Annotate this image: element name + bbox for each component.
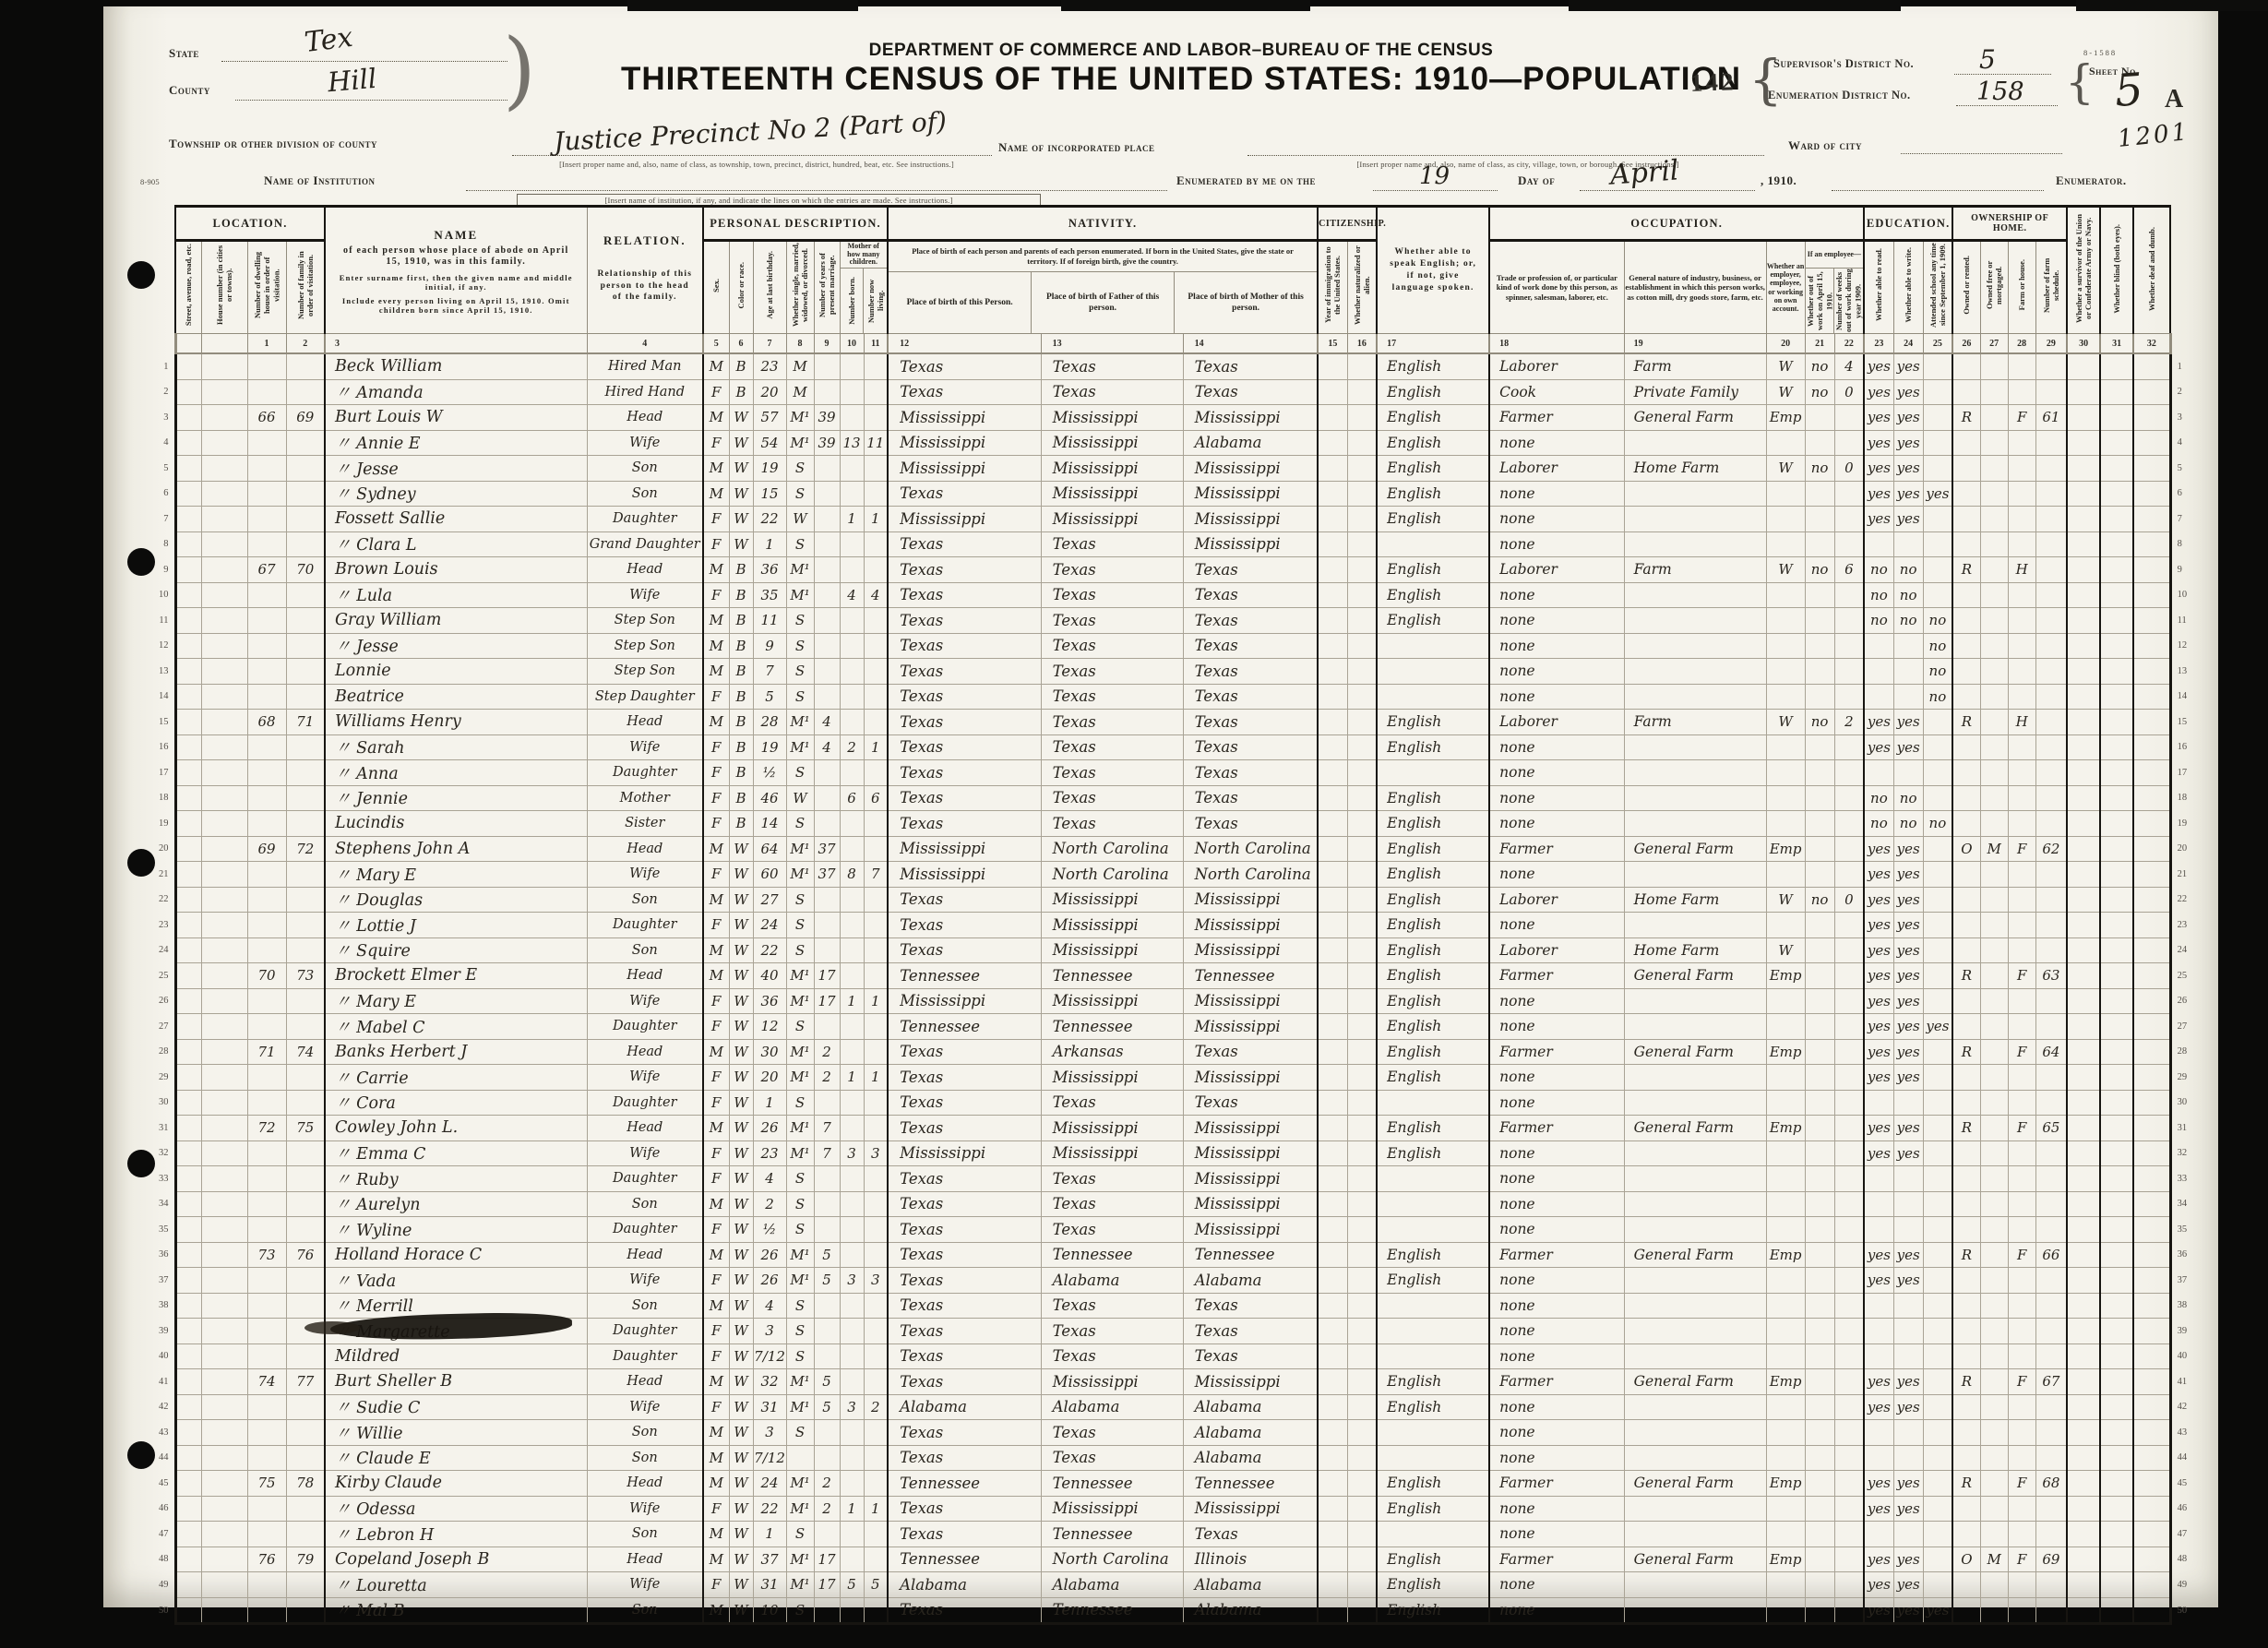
cell-can-write	[1893, 633, 1923, 659]
table-row: 13 Lonnie Step Son M B 7 S Texas Texas T…	[138, 659, 2210, 685]
row-number-left: 1	[138, 353, 175, 379]
row-number-left: 10	[138, 582, 175, 608]
cell-color-race: W	[729, 1090, 753, 1116]
cell-sex: M	[703, 353, 729, 379]
enumerator-signature-blank	[1832, 190, 2044, 191]
cell-name: 〃 Squire	[325, 937, 587, 963]
cell-street	[175, 1572, 201, 1598]
cell-out-of-work	[1805, 760, 1834, 786]
cell-farm-or-house	[2008, 379, 2035, 405]
cell-age: 10	[753, 1597, 786, 1624]
cell-family-number	[286, 1572, 325, 1598]
cell-relation: Son	[587, 1445, 703, 1471]
cell-immigration-year	[1318, 1319, 1347, 1344]
table-row: 2 〃 Amanda Hired Hand F B 20 M Texas Tex…	[138, 379, 2210, 405]
cell-industry	[1624, 582, 1766, 608]
cell-can-write: yes	[1893, 1014, 1923, 1040]
cell-years-married: 7	[814, 1116, 840, 1141]
cell-children-born	[840, 1597, 864, 1624]
cell-children-living	[864, 913, 888, 938]
nativity-desc: Place of birth of each person and parent…	[889, 242, 1317, 272]
cell-mother-birthplace: Texas	[1183, 608, 1318, 634]
cell-immigration-year	[1318, 1116, 1347, 1141]
cell-relation: Son	[587, 1420, 703, 1446]
cell-years-married: 39	[814, 405, 840, 431]
cell-attended-school	[1923, 1572, 1952, 1598]
column-number: 20	[1766, 334, 1805, 354]
row-number-right: 6	[2170, 481, 2210, 507]
cell-father-birthplace: Texas	[1041, 1420, 1183, 1446]
col-header-naturalized: Whether naturalized or alien.	[1347, 241, 1377, 334]
cell-color-race: W	[729, 1522, 753, 1547]
cell-immigration-year	[1318, 1471, 1347, 1497]
cell-house-number	[201, 734, 247, 760]
cell-children-living	[864, 710, 888, 735]
cell-children-born	[840, 887, 864, 913]
col-header-house-number: House number (in cities or towns).	[201, 241, 247, 334]
cell-weeks-out-of-work: 2	[1834, 710, 1864, 735]
cell-father-birthplace: Texas	[1041, 633, 1183, 659]
col-header-farm-schedule: Number of farm schedule.	[2035, 241, 2067, 334]
cell-can-read: yes	[1864, 1014, 1893, 1040]
cell-industry: General Farm	[1624, 1471, 1766, 1497]
cell-children-living	[864, 1166, 888, 1192]
cell-deaf-dumb	[2133, 430, 2170, 456]
cell-farm-schedule-number	[2035, 456, 2067, 482]
cell-years-married: 4	[814, 710, 840, 735]
cell-language: English	[1377, 1268, 1489, 1294]
row-number-left: 3	[138, 405, 175, 431]
cell-father-birthplace: Texas	[1041, 608, 1183, 634]
cell-mother-birthplace: Texas	[1183, 379, 1318, 405]
cell-dwelling-number	[247, 1293, 286, 1319]
cell-deaf-dumb	[2133, 456, 2170, 482]
cell-color-race: W	[729, 1546, 753, 1572]
cell-civil-war-survivor	[2067, 507, 2100, 532]
table-row: 40 Mildred Daughter F W 7/12 S Texas Tex…	[138, 1343, 2210, 1369]
cell-out-of-work	[1805, 913, 1834, 938]
cell-can-write: yes	[1893, 1394, 1923, 1420]
cell-language: English	[1377, 507, 1489, 532]
cell-farm-schedule-number	[2035, 811, 2067, 837]
row-number-right: 21	[2170, 862, 2210, 888]
cell-can-read: yes	[1864, 430, 1893, 456]
cell-color-race: B	[729, 684, 753, 710]
cell-dwelling-number	[247, 456, 286, 482]
cell-name: Fossett Sallie	[325, 507, 587, 532]
cell-children-born	[840, 1242, 864, 1268]
cell-occupation: none	[1489, 1191, 1624, 1217]
cell-children-born	[840, 836, 864, 862]
cell-children-living	[864, 659, 888, 685]
cell-dwelling-number: 66	[247, 405, 286, 431]
cell-years-married	[814, 760, 840, 786]
cell-name: Brown Louis	[325, 557, 587, 583]
cell-out-of-work	[1805, 1343, 1834, 1369]
row-number-left: 15	[138, 710, 175, 735]
cell-marital-status: S	[786, 1217, 814, 1243]
row-number-right: 42	[2170, 1394, 2210, 1420]
cell-attended-school	[1923, 963, 1952, 989]
cell-deaf-dumb	[2133, 913, 2170, 938]
cell-civil-war-survivor	[2067, 608, 2100, 634]
cell-sex: F	[703, 1140, 729, 1166]
cell-out-of-work	[1805, 811, 1834, 837]
cell-out-of-work	[1805, 1546, 1834, 1572]
table-header: LOCATION. NAME of each person whose plac…	[138, 207, 2210, 334]
cell-employment-status	[1766, 1268, 1805, 1294]
cell-employment-status	[1766, 633, 1805, 659]
cell-immigration-year	[1318, 1420, 1347, 1446]
cell-sex: M	[703, 481, 729, 507]
table-row: 14 Beatrice Step Daughter F B 5 S Texas …	[138, 684, 2210, 710]
cell-dwelling-number	[247, 937, 286, 963]
cell-attended-school: no	[1923, 633, 1952, 659]
cell-home-owned-rented	[1952, 1420, 1980, 1446]
cell-farm-schedule-number	[2035, 913, 2067, 938]
cell-immigration-year	[1318, 1445, 1347, 1471]
cell-home-owned-rented	[1952, 531, 1980, 557]
cell-employment-status	[1766, 862, 1805, 888]
cell-occupation: Farmer	[1489, 1039, 1624, 1065]
cell-name: 〃 Jesse	[325, 633, 587, 659]
cell-name: 〃 Annie E	[325, 430, 587, 456]
cell-home-owned-rented: O	[1952, 1546, 1980, 1572]
cell-language: English	[1377, 963, 1489, 989]
cell-industry	[1624, 1445, 1766, 1471]
cell-name: 〃 Mary E	[325, 862, 587, 888]
cell-immigration-year	[1318, 1065, 1347, 1091]
cell-naturalized	[1347, 1445, 1377, 1471]
group-occupation: OCCUPATION.	[1489, 207, 1864, 241]
cell-farm-schedule-number	[2035, 1522, 2067, 1547]
cell-employment-status: Emp	[1766, 963, 1805, 989]
cell-color-race: B	[729, 353, 753, 379]
cell-house-number	[201, 1572, 247, 1598]
cell-children-living: 1	[864, 734, 888, 760]
cell-blind	[2100, 1420, 2133, 1446]
cell-occupation: none	[1489, 1065, 1624, 1091]
county-blank	[235, 100, 507, 101]
cell-weeks-out-of-work: 6	[1834, 557, 1864, 583]
cell-street	[175, 684, 201, 710]
cell-street	[175, 1471, 201, 1497]
cell-civil-war-survivor	[2067, 582, 2100, 608]
cell-mother-birthplace: Alabama	[1183, 1394, 1318, 1420]
table-row: 26 〃 Mary E Wife F W 36 M¹ 17 1 1 Missis…	[138, 988, 2210, 1014]
cell-deaf-dumb	[2133, 1319, 2170, 1344]
cell-occupation: Laborer	[1489, 887, 1624, 913]
cell-marital-status: S	[786, 1420, 814, 1446]
cell-birthplace: Texas	[888, 1343, 1041, 1369]
cell-birthplace: Mississippi	[888, 836, 1041, 862]
cell-industry: Home Farm	[1624, 937, 1766, 963]
cell-age: 7/12	[753, 1343, 786, 1369]
cell-house-number	[201, 1268, 247, 1294]
cell-relation: Son	[587, 937, 703, 963]
cell-dwelling-number	[247, 734, 286, 760]
cell-out-of-work: no	[1805, 557, 1834, 583]
cell-relation: Head	[587, 1546, 703, 1572]
cell-mother-birthplace: Mississippi	[1183, 913, 1318, 938]
cell-mother-birthplace: Mississippi	[1183, 531, 1318, 557]
cell-name: 〃 Carrie	[325, 1065, 587, 1091]
scan-artifact	[1061, 0, 1310, 11]
cell-home-owned-rented	[1952, 785, 1980, 811]
table-row: 27 〃 Mabel C Daughter F W 12 S Tennessee…	[138, 1014, 2210, 1040]
cell-sex: M	[703, 887, 729, 913]
row-number-left: 12	[138, 633, 175, 659]
cell-farm-schedule-number	[2035, 862, 2067, 888]
cell-home-owned-rented: O	[1952, 836, 1980, 862]
cell-children-living: 4	[864, 582, 888, 608]
cell-occupation: none	[1489, 507, 1624, 532]
cell-relation: Daughter	[587, 1090, 703, 1116]
cell-age: 1	[753, 531, 786, 557]
cell-house-number	[201, 1369, 247, 1395]
cell-civil-war-survivor	[2067, 557, 2100, 583]
cell-employment-status: W	[1766, 353, 1805, 379]
cell-relation: Daughter	[587, 913, 703, 938]
cell-father-birthplace: Texas	[1041, 557, 1183, 583]
cell-weeks-out-of-work	[1834, 1496, 1864, 1522]
cell-birthplace: Mississippi	[888, 507, 1041, 532]
cell-out-of-work	[1805, 1116, 1834, 1141]
row-number-right: 35	[2170, 1217, 2210, 1243]
cell-blind	[2100, 379, 2133, 405]
cell-age: 31	[753, 1572, 786, 1598]
cell-age: 24	[753, 1471, 786, 1497]
cell-deaf-dumb	[2133, 937, 2170, 963]
cell-color-race: W	[729, 1166, 753, 1192]
column-number: 18	[1489, 334, 1624, 354]
cell-children-born	[840, 1546, 864, 1572]
cell-home-owned-rented	[1952, 1268, 1980, 1294]
cell-immigration-year	[1318, 988, 1347, 1014]
cell-birthplace: Texas	[888, 1420, 1041, 1446]
cell-language	[1377, 531, 1489, 557]
cell-relation: Daughter	[587, 1319, 703, 1344]
cell-weeks-out-of-work	[1834, 1420, 1864, 1446]
cell-children-living	[864, 1116, 888, 1141]
sheet-brace: {	[2065, 55, 2095, 109]
cell-sex: F	[703, 1572, 729, 1598]
cell-years-married	[814, 1191, 840, 1217]
cell-deaf-dumb	[2133, 1065, 2170, 1091]
cell-immigration-year	[1318, 1522, 1347, 1547]
cell-language: English	[1377, 379, 1489, 405]
cell-attended-school	[1923, 353, 1952, 379]
row-number-right: 3	[2170, 405, 2210, 431]
cell-naturalized	[1347, 760, 1377, 786]
cell-family-number: 79	[286, 1546, 325, 1572]
cell-father-birthplace: Texas	[1041, 1319, 1183, 1344]
cell-blind	[2100, 507, 2133, 532]
cell-language	[1377, 1522, 1489, 1547]
cell-attended-school	[1923, 1140, 1952, 1166]
cell-naturalized	[1347, 557, 1377, 583]
cell-street	[175, 1039, 201, 1065]
cell-occupation: Farmer	[1489, 1546, 1624, 1572]
cell-naturalized	[1347, 913, 1377, 938]
cell-children-born	[840, 913, 864, 938]
cell-street	[175, 811, 201, 837]
cell-employment-status	[1766, 1293, 1805, 1319]
cell-industry: Farm	[1624, 557, 1766, 583]
cell-sex: F	[703, 1268, 729, 1294]
row-number-left: 38	[138, 1293, 175, 1319]
cell-children-living: 5	[864, 1572, 888, 1598]
cell-blind	[2100, 1319, 2133, 1344]
cell-deaf-dumb	[2133, 836, 2170, 862]
cell-relation: Son	[587, 1293, 703, 1319]
cell-color-race: B	[729, 785, 753, 811]
cell-industry: Private Family	[1624, 379, 1766, 405]
cell-immigration-year	[1318, 1090, 1347, 1116]
cell-can-write	[1893, 1319, 1923, 1344]
cell-color-race: W	[729, 1343, 753, 1369]
cell-age: 24	[753, 913, 786, 938]
cell-naturalized	[1347, 836, 1377, 862]
cell-children-born	[840, 1319, 864, 1344]
cell-employment-status	[1766, 1522, 1805, 1547]
cell-home-owned-rented	[1952, 1522, 1980, 1547]
cell-dwelling-number	[247, 353, 286, 379]
cell-birthplace: Texas	[888, 633, 1041, 659]
cell-dwelling-number	[247, 608, 286, 634]
cell-children-living	[864, 1090, 888, 1116]
cell-attended-school	[1923, 1369, 1952, 1395]
cell-naturalized	[1347, 684, 1377, 710]
cell-out-of-work	[1805, 405, 1834, 431]
cell-can-write	[1893, 1166, 1923, 1192]
cell-farm-or-house	[2008, 734, 2035, 760]
cell-marital-status: S	[786, 760, 814, 786]
cell-naturalized	[1347, 379, 1377, 405]
cell-weeks-out-of-work	[1834, 937, 1864, 963]
col-header-father-birthplace: Place of birth of Father of this person.	[1031, 272, 1174, 333]
cell-father-birthplace: Mississippi	[1041, 988, 1183, 1014]
cell-farm-schedule-number	[2035, 988, 2067, 1014]
row-number-left: 24	[138, 937, 175, 963]
cell-sex: F	[703, 1065, 729, 1091]
cell-age: 26	[753, 1116, 786, 1141]
cell-language: English	[1377, 710, 1489, 735]
cell-can-read	[1864, 1343, 1893, 1369]
cell-name: 〃 Cora	[325, 1090, 587, 1116]
cell-employment-status: Emp	[1766, 1369, 1805, 1395]
cell-street	[175, 760, 201, 786]
cell-civil-war-survivor	[2067, 1572, 2100, 1598]
cell-name: 〃 Wyline	[325, 1217, 587, 1243]
cell-children-born	[840, 760, 864, 786]
cell-can-write	[1893, 1217, 1923, 1243]
cell-home-owned-rented	[1952, 1597, 1980, 1624]
cell-age: 31	[753, 1394, 786, 1420]
cell-mother-birthplace: Mississippi	[1183, 1369, 1318, 1395]
cell-deaf-dumb	[2133, 963, 2170, 989]
cell-marital-status: M¹	[786, 1242, 814, 1268]
cell-immigration-year	[1318, 531, 1347, 557]
cell-farm-schedule-number	[2035, 710, 2067, 735]
cell-home-owned-rented	[1952, 1293, 1980, 1319]
cell-house-number	[201, 1293, 247, 1319]
cell-children-born	[840, 481, 864, 507]
cell-attended-school	[1923, 734, 1952, 760]
cell-home-owned-rented	[1952, 1090, 1980, 1116]
cell-birthplace: Texas	[888, 557, 1041, 583]
cell-naturalized	[1347, 582, 1377, 608]
cell-employment-status: Emp	[1766, 1116, 1805, 1141]
cell-civil-war-survivor	[2067, 1496, 2100, 1522]
cell-house-number	[201, 633, 247, 659]
cell-out-of-work	[1805, 937, 1834, 963]
table-row: 11 Gray William Step Son M B 11 S Texas …	[138, 608, 2210, 634]
cell-deaf-dumb	[2133, 684, 2170, 710]
cell-children-living	[864, 1471, 888, 1497]
cell-house-number	[201, 785, 247, 811]
cell-age: 35	[753, 582, 786, 608]
cell-home-owned-rented	[1952, 1140, 1980, 1166]
cell-home-owned-rented	[1952, 1319, 1980, 1344]
cell-color-race: B	[729, 608, 753, 634]
cell-street	[175, 507, 201, 532]
cell-name: 〃 Sudie C	[325, 1394, 587, 1420]
row-number-left: 9	[138, 557, 175, 583]
cell-out-of-work	[1805, 1319, 1834, 1344]
cell-birthplace: Texas	[888, 887, 1041, 913]
cell-attended-school	[1923, 379, 1952, 405]
cell-marital-status: M¹	[786, 557, 814, 583]
cell-can-write	[1893, 1420, 1923, 1446]
cell-children-born: 1	[840, 988, 864, 1014]
cell-weeks-out-of-work	[1834, 1597, 1864, 1624]
cell-home-owned-rented	[1952, 734, 1980, 760]
cell-can-read	[1864, 531, 1893, 557]
cell-birthplace: Texas	[888, 1522, 1041, 1547]
row-number-right: 43	[2170, 1420, 2210, 1446]
row-number-right: 38	[2170, 1293, 2210, 1319]
cell-attended-school	[1923, 862, 1952, 888]
cell-employment-status	[1766, 760, 1805, 786]
cell-years-married	[814, 659, 840, 685]
table-row: 16 〃 Sarah Wife F B 19 M¹ 4 2 1 Texas Te…	[138, 734, 2210, 760]
cell-years-married: 17	[814, 1572, 840, 1598]
cell-children-born	[840, 710, 864, 735]
col-header-immigration-year: Year of immigration to the United States…	[1318, 241, 1347, 334]
cell-out-of-work	[1805, 836, 1834, 862]
cell-industry: Home Farm	[1624, 456, 1766, 482]
table-row: 6 〃 Sydney Son M W 15 S Texas Mississipp…	[138, 481, 2210, 507]
cell-father-birthplace: Mississippi	[1041, 1496, 1183, 1522]
cell-out-of-work	[1805, 734, 1834, 760]
cell-house-number	[201, 481, 247, 507]
cell-deaf-dumb	[2133, 481, 2170, 507]
month-blank	[1580, 190, 1755, 191]
cell-can-write	[1893, 1191, 1923, 1217]
cell-color-race: W	[729, 1140, 753, 1166]
row-number-left: 46	[138, 1496, 175, 1522]
cell-weeks-out-of-work	[1834, 760, 1864, 786]
cell-home-mortgaged	[1980, 862, 2008, 888]
cell-civil-war-survivor	[2067, 1140, 2100, 1166]
cell-marital-status: M	[786, 353, 814, 379]
table-row: 25 70 73 Brockett Elmer E Head M W 40 M¹…	[138, 963, 2210, 989]
cell-family-number	[286, 937, 325, 963]
cell-home-owned-rented	[1952, 582, 1980, 608]
cell-weeks-out-of-work	[1834, 1394, 1864, 1420]
column-number: 29	[2035, 334, 2067, 354]
